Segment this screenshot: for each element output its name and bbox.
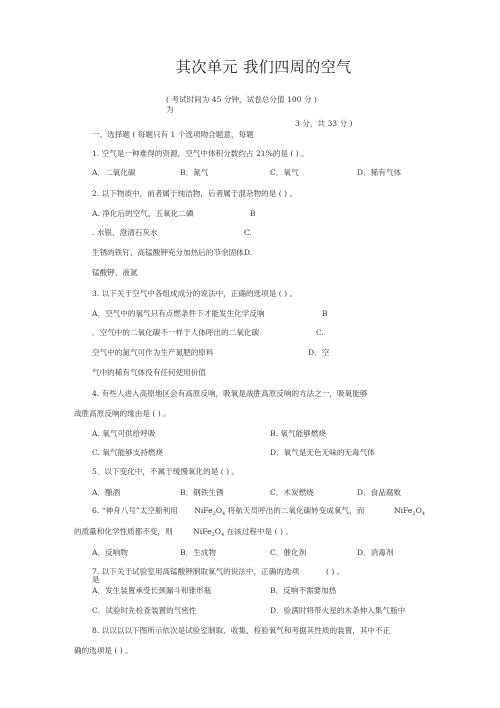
q2-line-1: A. 净化后的空气、五氧化二磷 bbox=[92, 209, 193, 219]
question-4-stem: 4. 有些人进入高原地区会有高原反响，吸氧是战胜高原反响的方法之一，吸氧能够 bbox=[92, 389, 367, 399]
q1-option-b: B．氮气 bbox=[180, 168, 208, 178]
q1-option-a: A．二氧化碳 bbox=[92, 168, 135, 178]
q6-option-d: D．消毒剂 bbox=[357, 548, 393, 558]
q1-option-c: C．氧气 bbox=[270, 168, 299, 178]
exam-info: ( 考试时间为 45 分钟，试卷总分值 100 分 ) bbox=[166, 95, 317, 105]
q3-line-7: 气中的稀有气体没有任何使用价值 bbox=[92, 368, 206, 378]
q3-line-2: B bbox=[322, 309, 328, 319]
q6-text: 6. “神舟八号”太空船利用 bbox=[92, 506, 178, 515]
section-heading: 一、选择题 ( 每题只有 1 个选项吻合题意，每题 bbox=[92, 130, 254, 140]
question-6-stem-cont: 的质量和化学性质都不变，则 NiFe2O4 在该过程中是 ( ) 。 bbox=[74, 527, 293, 538]
q4-option-d: D．氧气是无色无味的无毒气体 bbox=[270, 448, 375, 458]
q4-option-b: B. 氧气能够燃烧 bbox=[270, 429, 326, 439]
question-1-stem: 1. 空气是一种难得的资源，空气中体积分数约占 21%的是 ( ) 。 bbox=[92, 149, 309, 159]
q2-line-3: . 水银、澄清石灰水 bbox=[92, 228, 158, 238]
exam-info-wrap: 为 bbox=[166, 105, 174, 115]
question-4-stem-cont: 战胜高原反响的缘由是 ( ) 。 bbox=[74, 409, 171, 419]
q3-line-4: C. bbox=[316, 328, 324, 338]
q4-option-a: A. 氧气可供给呼吸 bbox=[92, 429, 155, 439]
chemical-formula: NiFe2O4 bbox=[193, 527, 224, 536]
score-note: 3 分，共 33 分 ) bbox=[295, 119, 353, 129]
q5-option-b: B．钢铁生锈 bbox=[180, 488, 224, 498]
q3-line-1: A．空气中的氧气只有点燃条件下才能发生化学反响 bbox=[92, 309, 265, 319]
q3-line-5: 空气中的氮气可作为生产氮肥的原料 bbox=[92, 348, 214, 358]
question-8-stem-cont: 确的选项是 ( ) 。 bbox=[74, 646, 133, 656]
q5-option-c: C．木炭燃烧 bbox=[270, 488, 314, 498]
page-title: 其次单元 我们四周的空气 bbox=[176, 62, 352, 72]
q7-option-b: B．反响不需要加热 bbox=[270, 586, 336, 596]
q5-option-d: D．食品腐败 bbox=[357, 488, 401, 498]
question-8-stem: 8. 以以以以下图所示依次是试验室制取、收集、检验氧气和考据其性质的装置，其中不… bbox=[92, 626, 390, 636]
q2-line-2: B bbox=[250, 209, 256, 219]
q4-option-c: C. 氧气能够支持燃烧 bbox=[92, 448, 163, 458]
question-2-stem: 2. 以下物质中，前者属于纯洁物，后者属于混杂物的是 ( ) 。 bbox=[92, 189, 297, 199]
q3-line-3: ．空气中的二氧化碳不一样于人体呼出的二氧化碳 bbox=[92, 328, 259, 338]
q7-option-a: A．发生装置承受长颈漏斗和锥形瓶 bbox=[92, 586, 211, 596]
question-3-stem: 3. 以下关于空气中各组成成分的说法中，正确的选项是 ( ) 。 bbox=[92, 289, 297, 299]
q6-option-c: C．催化剂 bbox=[270, 548, 306, 558]
q7-option-c: C．试验时先检查装置的气密性 bbox=[92, 606, 197, 616]
chemical-formula: NiFe2O4 bbox=[194, 506, 225, 515]
q6-text-2: 将航天员呼出的二氧化碳转变成氧气，而 bbox=[228, 506, 365, 515]
q7-option-d: D．验满时将带火星的木条伸入集气瓶中 bbox=[270, 606, 405, 616]
chemical-formula: NiFe2O4 bbox=[394, 506, 425, 517]
question-5-stem: 5．以下变化中，不属于缓慢氧化的是 ( ) 。 bbox=[92, 467, 239, 477]
question-7-stem-wrap: 是 bbox=[92, 575, 100, 585]
q6-option-a: A．反响物 bbox=[92, 548, 128, 558]
question-7-answer-blank: ( ) 。 bbox=[326, 567, 344, 577]
q2-line-6: 锰酸钾、液氮 bbox=[92, 268, 138, 278]
q2-line-4: C. bbox=[244, 228, 252, 238]
q5-option-a: A．酿酒 bbox=[92, 488, 120, 498]
question-6-stem: 6. “神舟八号”太空船利用 NiFe2O4 将航天员呼出的二氧化碳转变成氧气，… bbox=[92, 506, 364, 517]
q1-option-d: D．稀有气体 bbox=[357, 168, 401, 178]
q3-line-6: D．空 bbox=[308, 348, 329, 358]
q2-line-5: 生锈的铁钉、高锰酸钾充分加热后的节余固体D. bbox=[92, 248, 252, 258]
q6-option-b: B．生成物 bbox=[180, 548, 216, 558]
question-7-stem: 7. 以下关于试验室用高锰酸钾制取氧气的说法中，正确的选项 bbox=[92, 567, 299, 577]
